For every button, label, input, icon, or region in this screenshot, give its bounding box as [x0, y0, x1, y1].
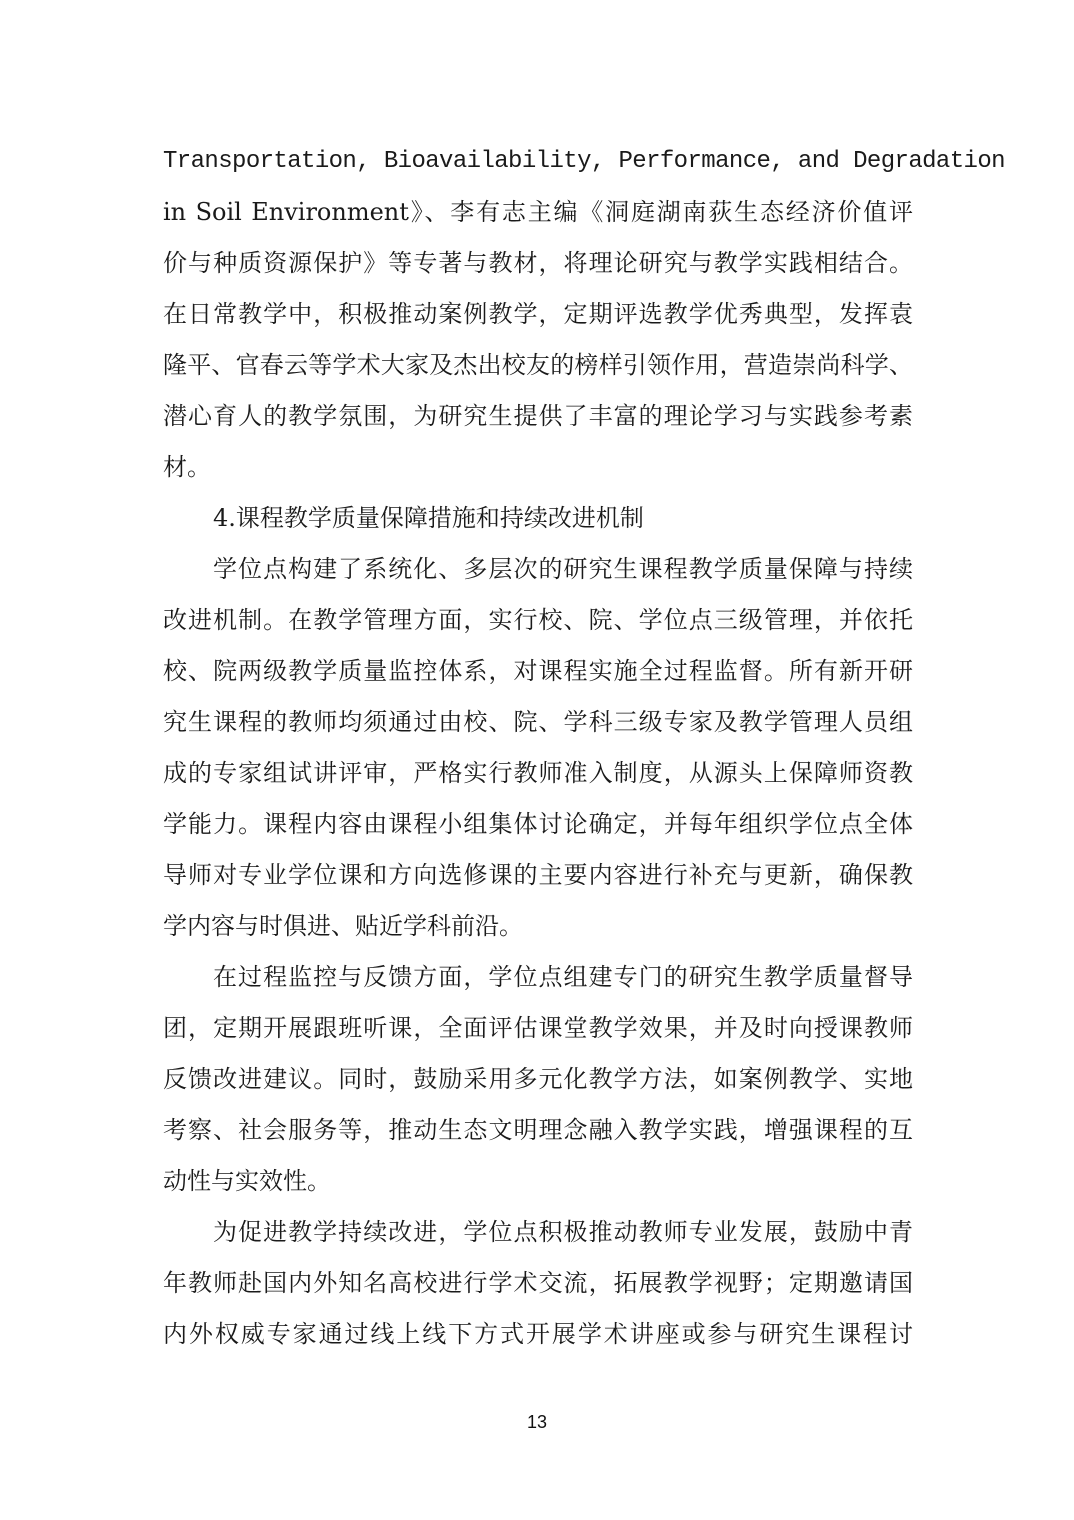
text-line: 潜心育人的教学氛围，为研究生提供了丰富的理论学习与实践参考素: [163, 391, 913, 442]
text-line: 导师对专业学位课和方向选修课的主要内容进行补充与更新，确保教: [163, 850, 913, 901]
text-line: 学位点构建了系统化、多层次的研究生课程教学质量保障与持续: [163, 544, 913, 595]
text-line: 动性与实效性。: [163, 1156, 913, 1207]
text-line: 为促进教学持续改进，学位点积极推动教师专业发展，鼓励中青: [163, 1207, 913, 1258]
paragraph-continuous-improvement: 为促进教学持续改进，学位点积极推动教师专业发展，鼓励中青 年教师赴国内外知名高校…: [163, 1207, 913, 1360]
text-line: 内外权威专家通过线上线下方式开展学术讲座或参与研究生课程讨: [163, 1309, 913, 1360]
text-line: 材。: [163, 442, 913, 493]
text-line: 究生课程的教师均须通过由校、院、学科三级专家及教学管理人员组: [163, 697, 913, 748]
section-heading: 4.课程教学质量保障措施和持续改进机制: [163, 493, 913, 544]
text-line: 学内容与时俱进、贴近学科前沿。: [163, 901, 913, 952]
text-line: 隆平、官春云等学术大家及杰出校友的榜样引领作用，营造崇尚科学、: [163, 340, 913, 391]
text-line: 团，定期开展跟班听课，全面评估课堂教学效果，并及时向授课教师: [163, 1003, 913, 1054]
text-line: 改进机制。在教学管理方面，实行校、院、学位点三级管理，并依托: [163, 595, 913, 646]
text-line: 在过程监控与反馈方面，学位点组建专门的研究生教学质量督导: [163, 952, 913, 1003]
text-line: 考察、社会服务等，推动生态文明理念融入教学实践，增强课程的互: [163, 1105, 913, 1156]
paragraph-continued: Transportation, Bioavailability, Perform…: [163, 136, 913, 493]
page-number: 13: [0, 1412, 1074, 1433]
text-line: Transportation, Bioavailability, Perform…: [163, 136, 913, 187]
paragraph-quality-assurance: 学位点构建了系统化、多层次的研究生课程教学质量保障与持续 改进机制。在教学管理方…: [163, 544, 913, 952]
text-line: 在日常教学中，积极推动案例教学，定期评选教学优秀典型，发挥袁: [163, 289, 913, 340]
text-line: 年教师赴国内外知名高校进行学术交流，拓展教学视野；定期邀请国: [163, 1258, 913, 1309]
text-line: 校、院两级教学质量监控体系，对课程实施全过程监督。所有新开研: [163, 646, 913, 697]
text-line: 学能力。课程内容由课程小组集体讨论确定，并每年组织学位点全体: [163, 799, 913, 850]
text-line: 反馈改进建议。同时，鼓励采用多元化教学方法，如案例教学、实地: [163, 1054, 913, 1105]
text-line: 价与种质资源保护》等专著与教材，将理论研究与教学实践相结合。: [163, 238, 913, 289]
text-line: 成的专家组试讲评审，严格实行教师准入制度，从源头上保障师资教: [163, 748, 913, 799]
text-line: in Soil Environment》、李有志主编《洞庭湖南荻生态经济价值评: [163, 187, 913, 238]
document-page: Transportation, Bioavailability, Perform…: [163, 136, 913, 1360]
paragraph-process-monitoring: 在过程监控与反馈方面，学位点组建专门的研究生教学质量督导 团，定期开展跟班听课，…: [163, 952, 913, 1207]
